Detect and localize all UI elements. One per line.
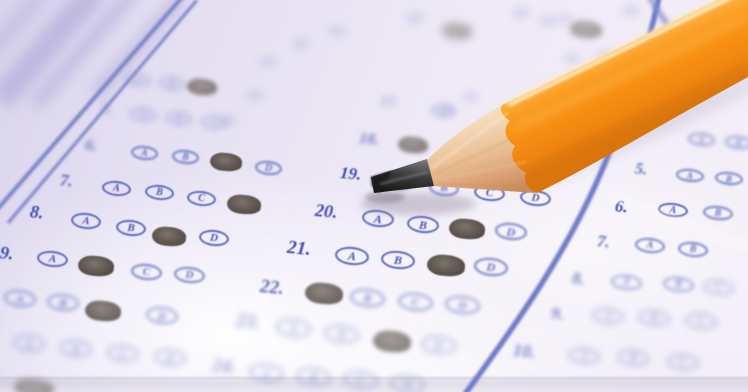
answer-bubble: B <box>380 249 416 270</box>
answer-bubble: A <box>610 273 642 291</box>
answer-bubble: B <box>677 240 708 258</box>
answer-bubble: D <box>494 221 528 241</box>
blurred-bubble-mark <box>259 57 277 67</box>
answer-bubble: A <box>12 333 46 353</box>
answer-bubble: B <box>323 323 360 345</box>
answer-bubble: A <box>101 179 131 197</box>
blurred-bubble-mark <box>328 26 346 36</box>
filled-bubble <box>84 299 122 323</box>
blurred-bubble-mark <box>292 39 310 49</box>
bubble-letter: A <box>373 211 382 226</box>
bubble-letter: A <box>139 109 146 120</box>
bubble-letter: C <box>679 356 688 369</box>
answer-bubble: A <box>248 362 285 384</box>
question-number: 5. <box>634 160 648 179</box>
bubble-letter: B <box>181 152 189 164</box>
blurred-bubble-mark <box>406 13 424 23</box>
question-number: 6. <box>84 136 98 155</box>
answer-bubble: B <box>115 218 147 237</box>
answer-bubble: D <box>473 256 509 277</box>
bubble-letter: C <box>410 295 419 310</box>
answer-bubble: A <box>130 145 158 162</box>
bubble-letter: B <box>71 341 80 356</box>
question-number: 24. <box>211 354 237 378</box>
question-number: 23. <box>235 309 261 333</box>
blurred-bubble-mark <box>246 90 264 100</box>
bubble-letter: B <box>714 208 722 220</box>
answer-bubble: B <box>637 308 670 327</box>
bubble-letter: D <box>209 232 218 245</box>
answer-bubble: D <box>444 294 481 316</box>
filled-bubble <box>209 151 243 172</box>
filled-bubble <box>226 193 262 215</box>
question-number: 8. <box>571 268 586 289</box>
answer-bubble: D <box>420 334 457 356</box>
answer-bubble: C <box>342 369 379 391</box>
blurred-bubble-mark <box>733 6 748 16</box>
answer-bubble: A <box>36 249 69 268</box>
bubble-letter: A <box>82 215 91 228</box>
blurred-filled-bubble <box>13 377 55 392</box>
answer-bubble: B <box>406 214 440 234</box>
bubble-letter: B <box>440 182 449 195</box>
bubble-letter: B <box>127 222 136 235</box>
bubble-letter: B <box>155 186 163 198</box>
answer-bubble: A <box>123 71 150 87</box>
bubble-letter: C <box>118 346 127 361</box>
bubble-letter: C <box>210 117 217 128</box>
answer-bubble: D <box>254 160 282 177</box>
question-number: 5. <box>100 100 113 118</box>
answer-bubble: B <box>349 287 386 309</box>
bubble-letter: D <box>184 269 193 282</box>
bubble-letter: D <box>486 260 496 275</box>
answer-bubble: B <box>428 178 460 197</box>
question-number: 8. <box>29 201 45 223</box>
blurred-bubble-mark <box>219 115 237 125</box>
bubble-letter: A <box>669 205 677 217</box>
bubble-letter: B <box>362 291 371 306</box>
photo: AB5.ABC6.ABD7.ABC8.ABD9.ACDABDABCD17.A18… <box>0 0 748 392</box>
answer-bubble: A <box>275 317 312 339</box>
answer-bubble: A <box>657 201 688 218</box>
answer-bubble: C <box>397 291 434 313</box>
answer-bubble: A <box>383 172 415 191</box>
answer-bubble: A <box>334 245 370 266</box>
filled-bubble <box>151 225 187 247</box>
bubble-letter: D <box>157 308 167 323</box>
bubble-letter: A <box>646 239 654 251</box>
blurred-filled-bubble <box>441 21 473 40</box>
blurred-bubble-mark <box>622 6 640 16</box>
question-number: 10. <box>512 340 537 363</box>
blurred-bubble-mark <box>462 92 478 101</box>
blurred-bubble-mark <box>438 105 456 115</box>
bubble-letter: A <box>622 276 630 288</box>
bubble-letter: B <box>336 327 345 342</box>
bubble-letter: B <box>734 137 741 148</box>
answer-bubble: A <box>3 288 37 308</box>
bubble-letter: A <box>604 310 613 323</box>
question-number: 21. <box>286 236 312 260</box>
answer-bubble: B <box>46 292 80 312</box>
bubble-letter: A <box>48 253 57 266</box>
question-number: 20. <box>314 200 339 223</box>
bubble-letter: A <box>24 336 33 351</box>
answer-bubble: D <box>145 305 179 325</box>
answer-bubble: A <box>129 106 156 122</box>
bubble-letter: B <box>629 352 638 365</box>
bubble-letter: C <box>142 266 151 279</box>
bubble-letter: A <box>347 249 356 264</box>
bubble-letter: B <box>175 113 182 124</box>
answer-bubble: C <box>702 278 734 296</box>
bubble-letter: B <box>725 173 732 184</box>
bubble-letter: A <box>112 182 120 194</box>
bubble-letter: C <box>197 192 205 204</box>
answer-bubble: A <box>634 236 665 254</box>
bubble-letter: C <box>485 187 494 200</box>
question-number: 19. <box>339 162 362 184</box>
bubble-letter: C <box>714 281 722 293</box>
blurred-filled-bubble <box>569 19 603 39</box>
answer-bubble: D <box>173 265 206 284</box>
bubble-letter: C <box>697 315 706 328</box>
answer-bubble: B <box>702 204 733 221</box>
question-number: 9. <box>0 242 15 264</box>
answer-bubble: B <box>616 348 649 367</box>
blurred-bubble-mark <box>557 14 573 23</box>
blurred-bubble-mark <box>595 51 613 61</box>
answer-bubble: A <box>361 208 395 228</box>
filled-bubble <box>77 254 115 278</box>
bubble-letter: B <box>393 253 402 268</box>
answer-bubble: B <box>144 183 174 201</box>
answer-bubble: D <box>519 188 552 207</box>
question-number: 6. <box>614 196 629 217</box>
answer-bubble: A <box>567 346 600 365</box>
answer-bubble: C <box>666 352 699 371</box>
filled-bubble <box>448 217 486 241</box>
bubble-letter: B <box>308 370 317 385</box>
filled-bubble <box>397 135 429 154</box>
answer-bubble: B <box>165 110 192 126</box>
bubble-letter: A <box>15 291 24 306</box>
bubble-letter: B <box>168 78 175 89</box>
answer-bubble: B <box>662 275 694 293</box>
bubble-letter: D <box>457 298 467 313</box>
question-number: 7. <box>596 231 611 252</box>
bubble-letter: B <box>689 243 697 255</box>
bubble-letter: A <box>288 321 297 336</box>
answer-bubble: B <box>295 366 332 388</box>
answer-bubble: A <box>591 306 624 325</box>
bubble-letter: B <box>650 312 659 325</box>
question-number: 22. <box>259 275 285 299</box>
answer-bubble: D <box>198 228 230 247</box>
bubble-letter: A <box>580 350 589 363</box>
question-number: 7. <box>59 170 74 191</box>
answer-bubble: B <box>724 134 748 150</box>
blurred-bubble-mark <box>690 24 710 35</box>
bubble-letter: A <box>261 366 270 381</box>
answer-bubble: C <box>106 343 140 363</box>
bubble-letter: A <box>686 170 693 181</box>
answer-bubble: A <box>675 167 704 183</box>
question-number: 9. <box>550 303 565 324</box>
answer-bubble: B <box>171 149 199 166</box>
bubble-letter: A <box>395 176 404 189</box>
bubble-letter: D <box>165 350 175 365</box>
bubble-letter: C <box>355 373 364 388</box>
bubble-letter: D <box>506 224 516 239</box>
answer-bubble: C <box>684 311 717 330</box>
answer-bubble: A <box>70 211 102 230</box>
blurred-bubble-mark <box>564 54 580 63</box>
question-number: 18. <box>358 130 380 150</box>
bubble-letter: A <box>140 148 148 160</box>
bubble-letter: A <box>697 134 704 145</box>
filled-bubble <box>372 329 412 354</box>
filled-bubble <box>426 253 466 278</box>
bubble-letter: D <box>433 338 443 353</box>
question-number: 17. <box>380 94 399 112</box>
blurred-bubble-mark <box>718 27 738 38</box>
answer-bubble: B <box>59 338 93 358</box>
answer-bubble: D <box>153 347 187 367</box>
bubble-letter: D <box>264 163 272 175</box>
blurred-bubble-mark <box>512 8 530 18</box>
bubble-letter: B <box>418 217 427 232</box>
answer-bubble: C <box>130 262 163 281</box>
bubble-letter: A <box>133 74 140 85</box>
filled-bubble <box>186 77 218 96</box>
answer-bubble: B <box>158 75 185 91</box>
answer-bubble: D <box>389 373 426 392</box>
answer-bubble: C <box>473 183 506 202</box>
answer-bubble: C <box>186 189 216 207</box>
bubble-letter: B <box>58 295 67 310</box>
bubble-letter: D <box>530 192 539 205</box>
answer-bubble: B <box>714 170 743 186</box>
blurred-bubble-mark <box>539 16 557 26</box>
filled-bubble <box>304 281 344 306</box>
bubble-letter: D <box>402 377 412 392</box>
bubble-letter: B <box>674 278 682 290</box>
answer-sheet: AB5.ABC6.ABD7.ABC8.ABD9.ACDABDABCD17.A18… <box>0 0 748 392</box>
answer-bubble: A <box>687 131 715 147</box>
